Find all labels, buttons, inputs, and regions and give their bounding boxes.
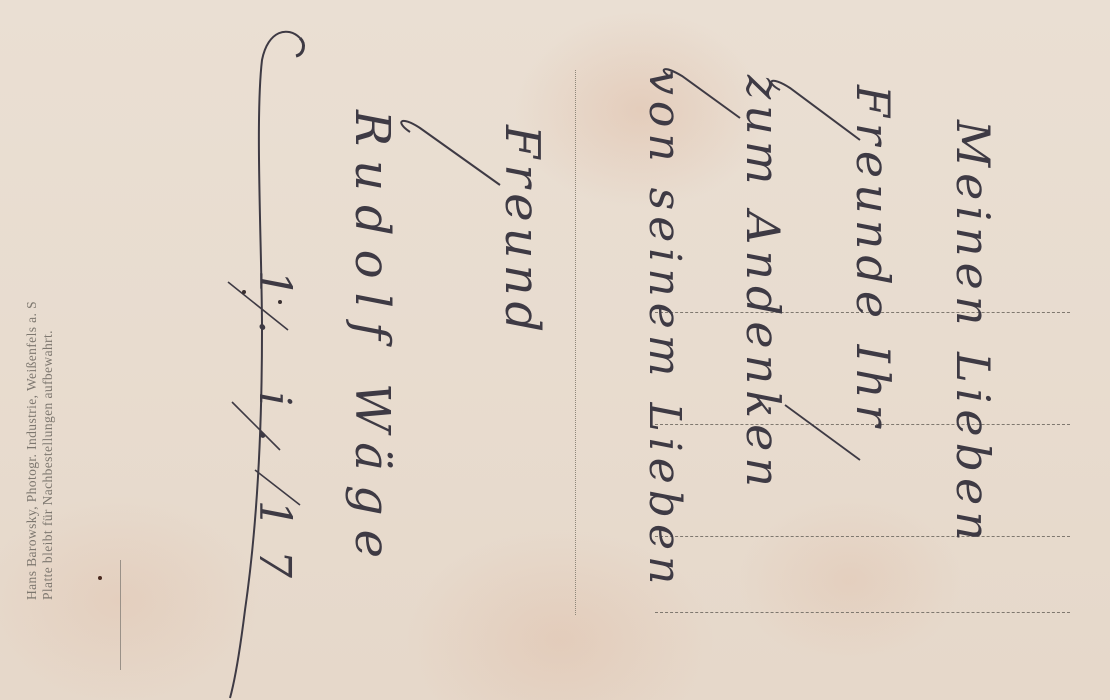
ink-dot [278,300,282,304]
handwritten-line-5: Freund [494,125,550,338]
handwritten-line-1: Meinen Lieben [946,120,1000,547]
printer-imprint: Hans Barowsky, Photogr. Industrie, Weiße… [24,80,56,600]
handwritten-line-2: Freunde Ihr [846,85,900,432]
address-line-3 [655,536,1070,537]
ink-dot [242,290,246,294]
vertical-divider-line [575,70,576,615]
handwritten-date: 1. i. 17 [249,270,300,600]
pen-flourish-icon [0,0,1110,700]
address-line-4 [655,612,1070,613]
handwritten-line-3: zum Andenken [736,75,790,493]
signature: Rudolf Wäge [344,110,400,572]
postcard-back: Hans Barowsky, Photogr. Industrie, Weiße… [0,0,1110,700]
imprint-line-1: Hans Barowsky, Photogr. Industrie, Weiße… [24,80,40,600]
handwritten-line-4: von seinem Lieben [639,70,690,590]
pencil-mark [120,560,121,670]
imprint-line-2: Platte bleibt für Nachbestellungen aufbe… [40,80,56,600]
paper-blemish [98,576,102,580]
